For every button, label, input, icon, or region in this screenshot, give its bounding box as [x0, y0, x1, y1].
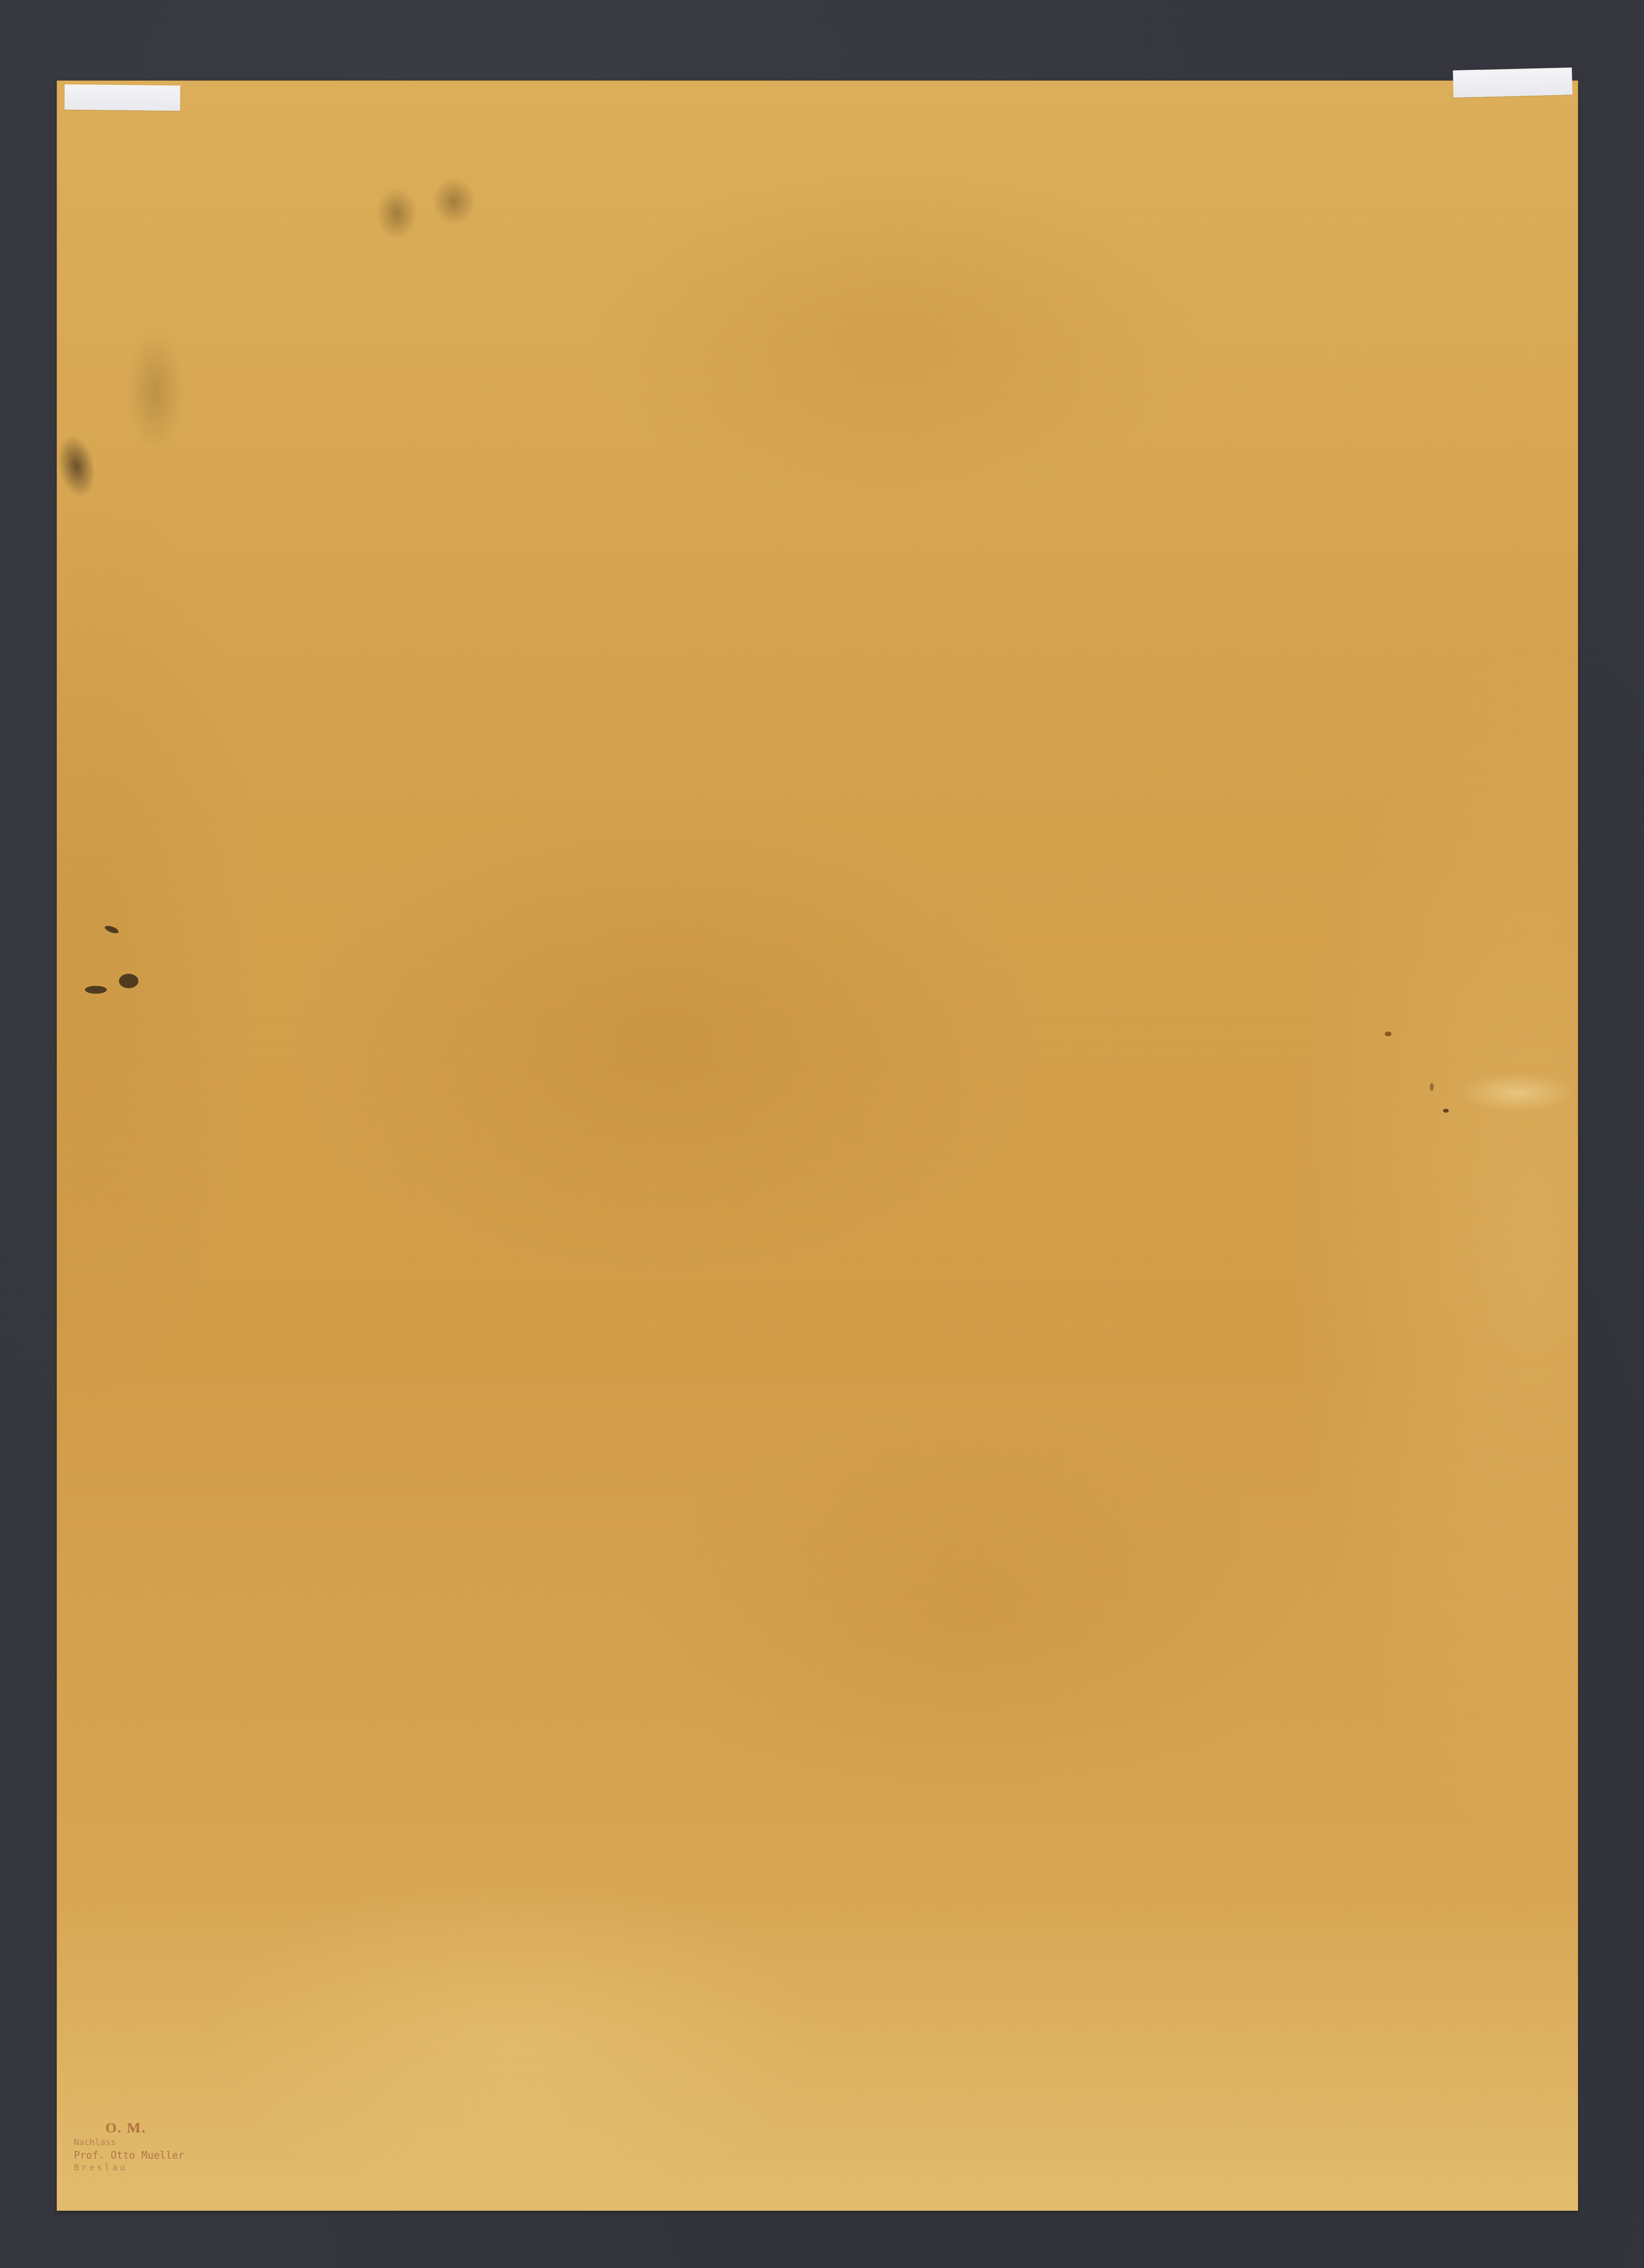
stain-spot: [85, 986, 107, 994]
stamp-line-name: Prof. Otto Mueller: [74, 2149, 185, 2162]
stain-spot: [119, 974, 138, 988]
stamp-initials: O. M.: [105, 2120, 185, 2136]
estate-stamp: O. M. Nachlass Prof. Otto Mueller Bresla…: [74, 2120, 185, 2174]
fingerprint-smudge: [432, 177, 476, 226]
faint-stain: [126, 330, 185, 452]
stain-spot: [1385, 1032, 1392, 1036]
stain-spot: [1430, 1083, 1434, 1091]
paper-sheet-verso: [57, 81, 1578, 2211]
fingerprint-smudge: [376, 187, 418, 240]
stamp-line-city: Breslau: [74, 2162, 185, 2174]
stain-spot: [1443, 1109, 1449, 1113]
stamp-line-estate: Nachlass: [74, 2136, 185, 2149]
tape-strip-top-right: [1453, 68, 1572, 98]
light-abrasion: [1459, 1073, 1576, 1112]
tape-strip-top-left: [65, 85, 181, 111]
